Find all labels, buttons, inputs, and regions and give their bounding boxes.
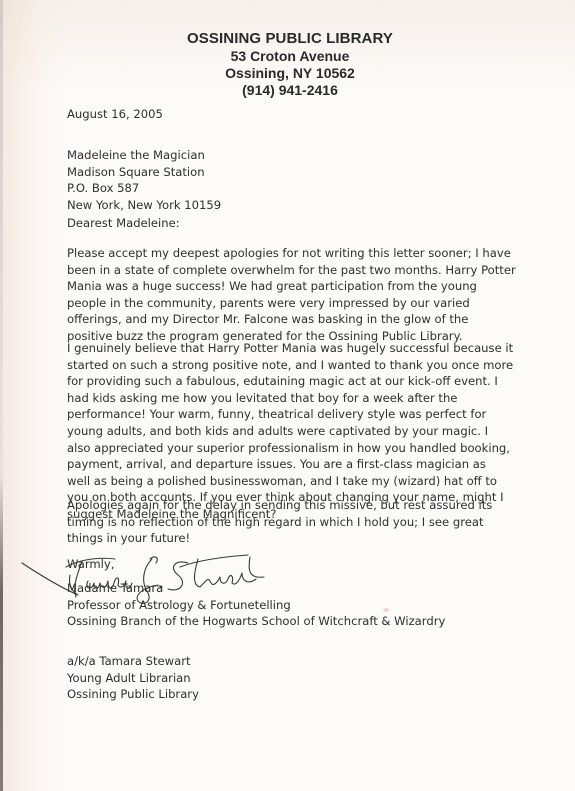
body-paragraph: I genuinely believe that Harry Potter Ma… <box>67 340 513 523</box>
aka-name: a/k/a Tamara Stewart <box>67 653 199 670</box>
recipient-station: Madison Square Station <box>67 164 221 181</box>
paragraph-line: people in the community, parents were ve… <box>67 295 516 312</box>
recipient-address: Madeleine the Magician Madison Square St… <box>67 147 221 213</box>
paragraph-line: timing is no reflection of the high rega… <box>67 514 492 531</box>
scan-edge-shadow <box>0 0 3 791</box>
paragraph-line: well as being a polished businesswoman, … <box>67 473 513 490</box>
signer-name: Madame Tamara <box>67 580 445 597</box>
paragraph-line: young adults, and both kids and adults w… <box>67 423 513 440</box>
signer-block: Madame Tamara Professor of Astrology & F… <box>67 580 445 630</box>
paragraph-line: I genuinely believe that Harry Potter Ma… <box>67 340 513 357</box>
letter-date: August 16, 2005 <box>67 106 163 123</box>
letterhead: OSSINING PUBLIC LIBRARY 53 Croton Avenue… <box>150 30 430 99</box>
paragraph-line: been in a state of complete overwhelm fo… <box>67 262 516 279</box>
body-paragraph: Please accept my deepest apologies for n… <box>67 245 516 345</box>
signer-affiliation: Ossining Branch of the Hogwarts School o… <box>67 613 445 630</box>
paragraph-line: payment, arrival, and departure issues. … <box>67 456 513 473</box>
scanned-letter-page: OSSINING PUBLIC LIBRARY 53 Croton Avenue… <box>0 0 575 791</box>
paragraph-line: started on such a strong positive note, … <box>67 357 513 374</box>
aka-title: Young Adult Librarian <box>67 670 199 687</box>
paragraph-line: offerings, and my Director Mr. Falcone w… <box>67 311 516 328</box>
body-paragraph: Apologies again for the delay in sending… <box>67 497 492 547</box>
aka-block: a/k/a Tamara Stewart Young Adult Librari… <box>67 653 199 703</box>
salutation: Dearest Madeleine: <box>67 215 180 232</box>
paper-speck <box>383 608 389 612</box>
recipient-po-box: P.O. Box 587 <box>67 180 221 197</box>
paragraph-line: Apologies again for the delay in sending… <box>67 497 492 514</box>
letterhead-organization: OSSINING PUBLIC LIBRARY <box>150 30 430 48</box>
paragraph-line: performance! Your warm, funny, theatrica… <box>67 406 513 423</box>
aka-affiliation: Ossining Public Library <box>67 686 199 703</box>
recipient-name: Madeleine the Magician <box>67 147 221 164</box>
paragraph-line: also appreciated your superior professio… <box>67 440 513 457</box>
letterhead-street: 53 Croton Avenue <box>150 48 430 65</box>
paragraph-line: for providing such a fabulous, edutainin… <box>67 373 513 390</box>
letterhead-phone: (914) 941-2416 <box>150 82 430 99</box>
paragraph-line: Mania was a huge success! We had great p… <box>67 278 516 295</box>
paragraph-line: had kids asking me how you levitated tha… <box>67 390 513 407</box>
recipient-city: New York, New York 10159 <box>67 197 221 214</box>
letterhead-city: Ossining, NY 10562 <box>150 65 430 82</box>
paragraph-line: Please accept my deepest apologies for n… <box>67 245 516 262</box>
